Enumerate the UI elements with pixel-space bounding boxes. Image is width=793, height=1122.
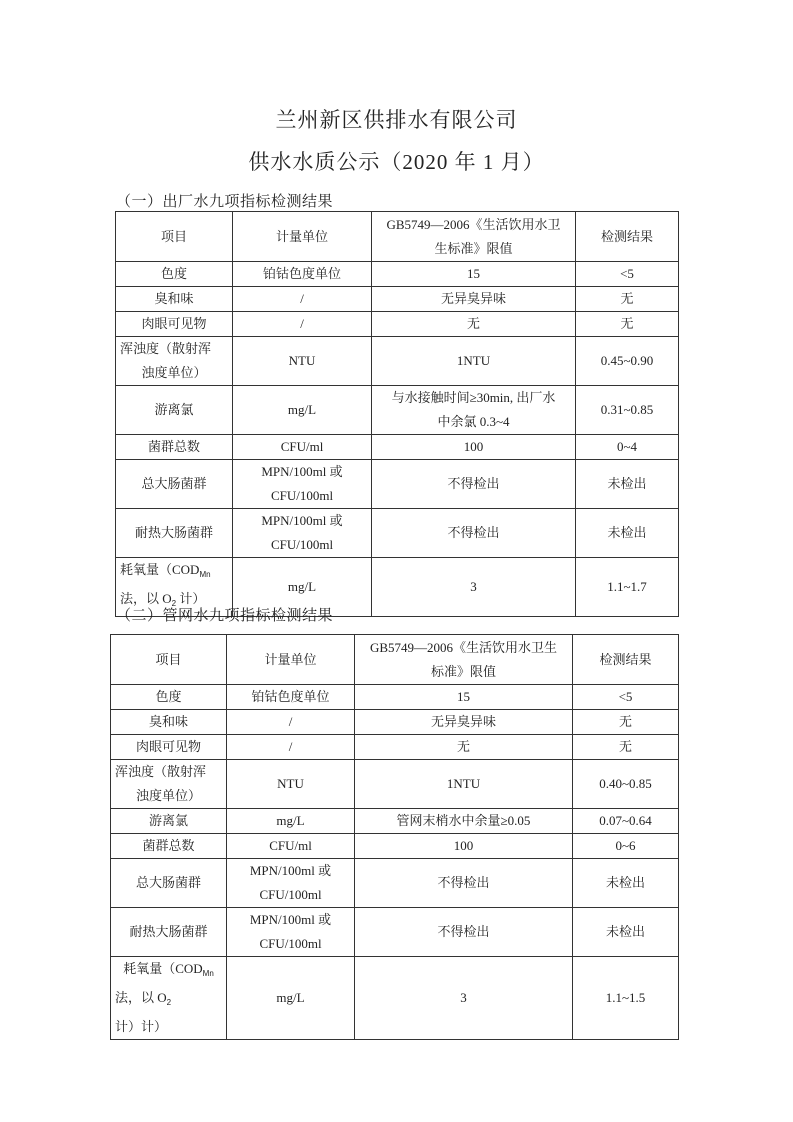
cell-item: 菌群总数 — [111, 834, 227, 859]
cell-item: 耗氧量（CODMn 法，以 O2计）计） — [111, 957, 227, 1040]
cell-item: 浑浊度（散射浑浊度单位） — [116, 337, 233, 386]
cell-item: 肉眼可见物 — [111, 735, 227, 760]
cell-item: 臭和味 — [111, 710, 227, 735]
cell-result: 0~6 — [573, 834, 679, 859]
table-row: 总大肠菌群 MPN/100ml 或CFU/100ml 不得检出 未检出 — [116, 460, 679, 509]
cell-item: 耐热大肠菌群 — [111, 908, 227, 957]
table-row: 菌群总数 CFU/ml 100 0~6 — [111, 834, 679, 859]
header-result: 检测结果 — [573, 635, 679, 685]
header-result: 检测结果 — [576, 212, 679, 262]
cell-item: 耐热大肠菌群 — [116, 509, 233, 558]
cell-unit: MPN/100ml 或CFU/100ml — [233, 460, 372, 509]
table-row: 耐热大肠菌群 MPN/100ml 或CFU/100ml 不得检出 未检出 — [116, 509, 679, 558]
cell-unit: / — [233, 312, 372, 337]
section-title-factory-water: （一）出厂水九项指标检测结果 — [116, 190, 333, 211]
table-header-row: 项目 计量单位 GB5749—2006《生活饮用水卫生标准》限值 检测结果 — [116, 212, 679, 262]
cell-limit: 不得检出 — [372, 509, 576, 558]
cell-unit: MPN/100ml 或CFU/100ml — [227, 908, 355, 957]
cell-result: 未检出 — [573, 859, 679, 908]
cell-result: 未检出 — [576, 460, 679, 509]
table-row: 色度 铂钴色度单位 15 <5 — [111, 685, 679, 710]
header-unit: 计量单位 — [227, 635, 355, 685]
cell-result: 0.45~0.90 — [576, 337, 679, 386]
table-row: 肉眼可见物 / 无 无 — [116, 312, 679, 337]
cell-item: 浑浊度（散射浑浊度单位） — [111, 760, 227, 809]
table-row: 浑浊度（散射浑浊度单位） NTU 1NTU 0.45~0.90 — [116, 337, 679, 386]
section-title-network-water: （二）管网水九项指标检测结果 — [116, 604, 333, 625]
cell-limit: 3 — [355, 957, 573, 1040]
header-limit: GB5749—2006《生活饮用水卫生标准》限值 — [372, 212, 576, 262]
cell-unit: / — [233, 287, 372, 312]
table-row: 总大肠菌群 MPN/100ml 或CFU/100ml 不得检出 未检出 — [111, 859, 679, 908]
cell-limit: 不得检出 — [372, 460, 576, 509]
cell-limit: 无异臭异味 — [372, 287, 576, 312]
table-row: 耐热大肠菌群 MPN/100ml 或CFU/100ml 不得检出 未检出 — [111, 908, 679, 957]
cell-result: 0.07~0.64 — [573, 809, 679, 834]
network-water-table: 项目 计量单位 GB5749—2006《生活饮用水卫生标准》限值 检测结果 色度… — [110, 634, 679, 1040]
cell-unit: mg/L — [227, 957, 355, 1040]
header-unit: 计量单位 — [233, 212, 372, 262]
cell-unit: MPN/100ml 或CFU/100ml — [233, 509, 372, 558]
table-row: 浑浊度（散射浑浊度单位） NTU 1NTU 0.40~0.85 — [111, 760, 679, 809]
cell-item: 总大肠菌群 — [111, 859, 227, 908]
cell-unit: mg/L — [233, 386, 372, 435]
cell-result: 无 — [573, 710, 679, 735]
cell-limit: 1NTU — [355, 760, 573, 809]
cell-unit: 铂钴色度单位 — [227, 685, 355, 710]
cell-limit: 无异臭异味 — [355, 710, 573, 735]
cell-result: 1.1~1.7 — [576, 558, 679, 617]
cell-item: 总大肠菌群 — [116, 460, 233, 509]
document-title: 供水水质公示（2020 年 1 月） — [0, 146, 793, 176]
cell-unit: NTU — [233, 337, 372, 386]
cell-item: 肉眼可见物 — [116, 312, 233, 337]
cell-item: 游离氯 — [111, 809, 227, 834]
table-row: 臭和味 / 无异臭异味 无 — [116, 287, 679, 312]
cell-unit: / — [227, 735, 355, 760]
cell-limit: 不得检出 — [355, 859, 573, 908]
cell-limit: 3 — [372, 558, 576, 617]
table-row: 游离氯 mg/L 与水接触时间≥30min, 出厂水中余氯 0.3~4 0.31… — [116, 386, 679, 435]
cell-item: 菌群总数 — [116, 435, 233, 460]
cell-result: 0~4 — [576, 435, 679, 460]
cell-limit: 不得检出 — [355, 908, 573, 957]
cell-unit: 铂钴色度单位 — [233, 262, 372, 287]
cell-limit: 无 — [372, 312, 576, 337]
header-item: 项目 — [116, 212, 233, 262]
company-name: 兰州新区供排水有限公司 — [0, 104, 793, 134]
cell-result: <5 — [573, 685, 679, 710]
cell-limit: 15 — [355, 685, 573, 710]
cell-result: 1.1~1.5 — [573, 957, 679, 1040]
table-row: 耗氧量（CODMn 法，以 O2计）计） mg/L 3 1.1~1.5 — [111, 957, 679, 1040]
cell-unit: / — [227, 710, 355, 735]
cell-result: 未检出 — [576, 509, 679, 558]
table-row: 臭和味 / 无异臭异味 无 — [111, 710, 679, 735]
table-row: 菌群总数 CFU/ml 100 0~4 — [116, 435, 679, 460]
cell-item: 臭和味 — [116, 287, 233, 312]
header-item: 项目 — [111, 635, 227, 685]
cell-result: 未检出 — [573, 908, 679, 957]
cell-item: 色度 — [111, 685, 227, 710]
table-row: 色度 铂钴色度单位 15 <5 — [116, 262, 679, 287]
cell-result: 无 — [573, 735, 679, 760]
cell-item: 色度 — [116, 262, 233, 287]
table-row: 游离氯 mg/L 管网末梢水中余量≥0.05 0.07~0.64 — [111, 809, 679, 834]
cell-limit: 与水接触时间≥30min, 出厂水中余氯 0.3~4 — [372, 386, 576, 435]
cell-unit: MPN/100ml 或CFU/100ml — [227, 859, 355, 908]
cell-limit: 100 — [355, 834, 573, 859]
header-limit: GB5749—2006《生活饮用水卫生标准》限值 — [355, 635, 573, 685]
table-row: 肉眼可见物 / 无 无 — [111, 735, 679, 760]
cell-limit: 15 — [372, 262, 576, 287]
factory-water-table: 项目 计量单位 GB5749—2006《生活饮用水卫生标准》限值 检测结果 色度… — [115, 211, 679, 617]
cell-result: 无 — [576, 287, 679, 312]
cell-unit: CFU/ml — [227, 834, 355, 859]
cell-unit: CFU/ml — [233, 435, 372, 460]
cell-limit: 无 — [355, 735, 573, 760]
cell-result: 0.31~0.85 — [576, 386, 679, 435]
cell-result: 无 — [576, 312, 679, 337]
cell-result: 0.40~0.85 — [573, 760, 679, 809]
cell-limit: 100 — [372, 435, 576, 460]
cell-limit: 1NTU — [372, 337, 576, 386]
cell-limit: 管网末梢水中余量≥0.05 — [355, 809, 573, 834]
cell-unit: mg/L — [227, 809, 355, 834]
cell-item: 游离氯 — [116, 386, 233, 435]
cell-unit: NTU — [227, 760, 355, 809]
cell-result: <5 — [576, 262, 679, 287]
table-header-row: 项目 计量单位 GB5749—2006《生活饮用水卫生标准》限值 检测结果 — [111, 635, 679, 685]
